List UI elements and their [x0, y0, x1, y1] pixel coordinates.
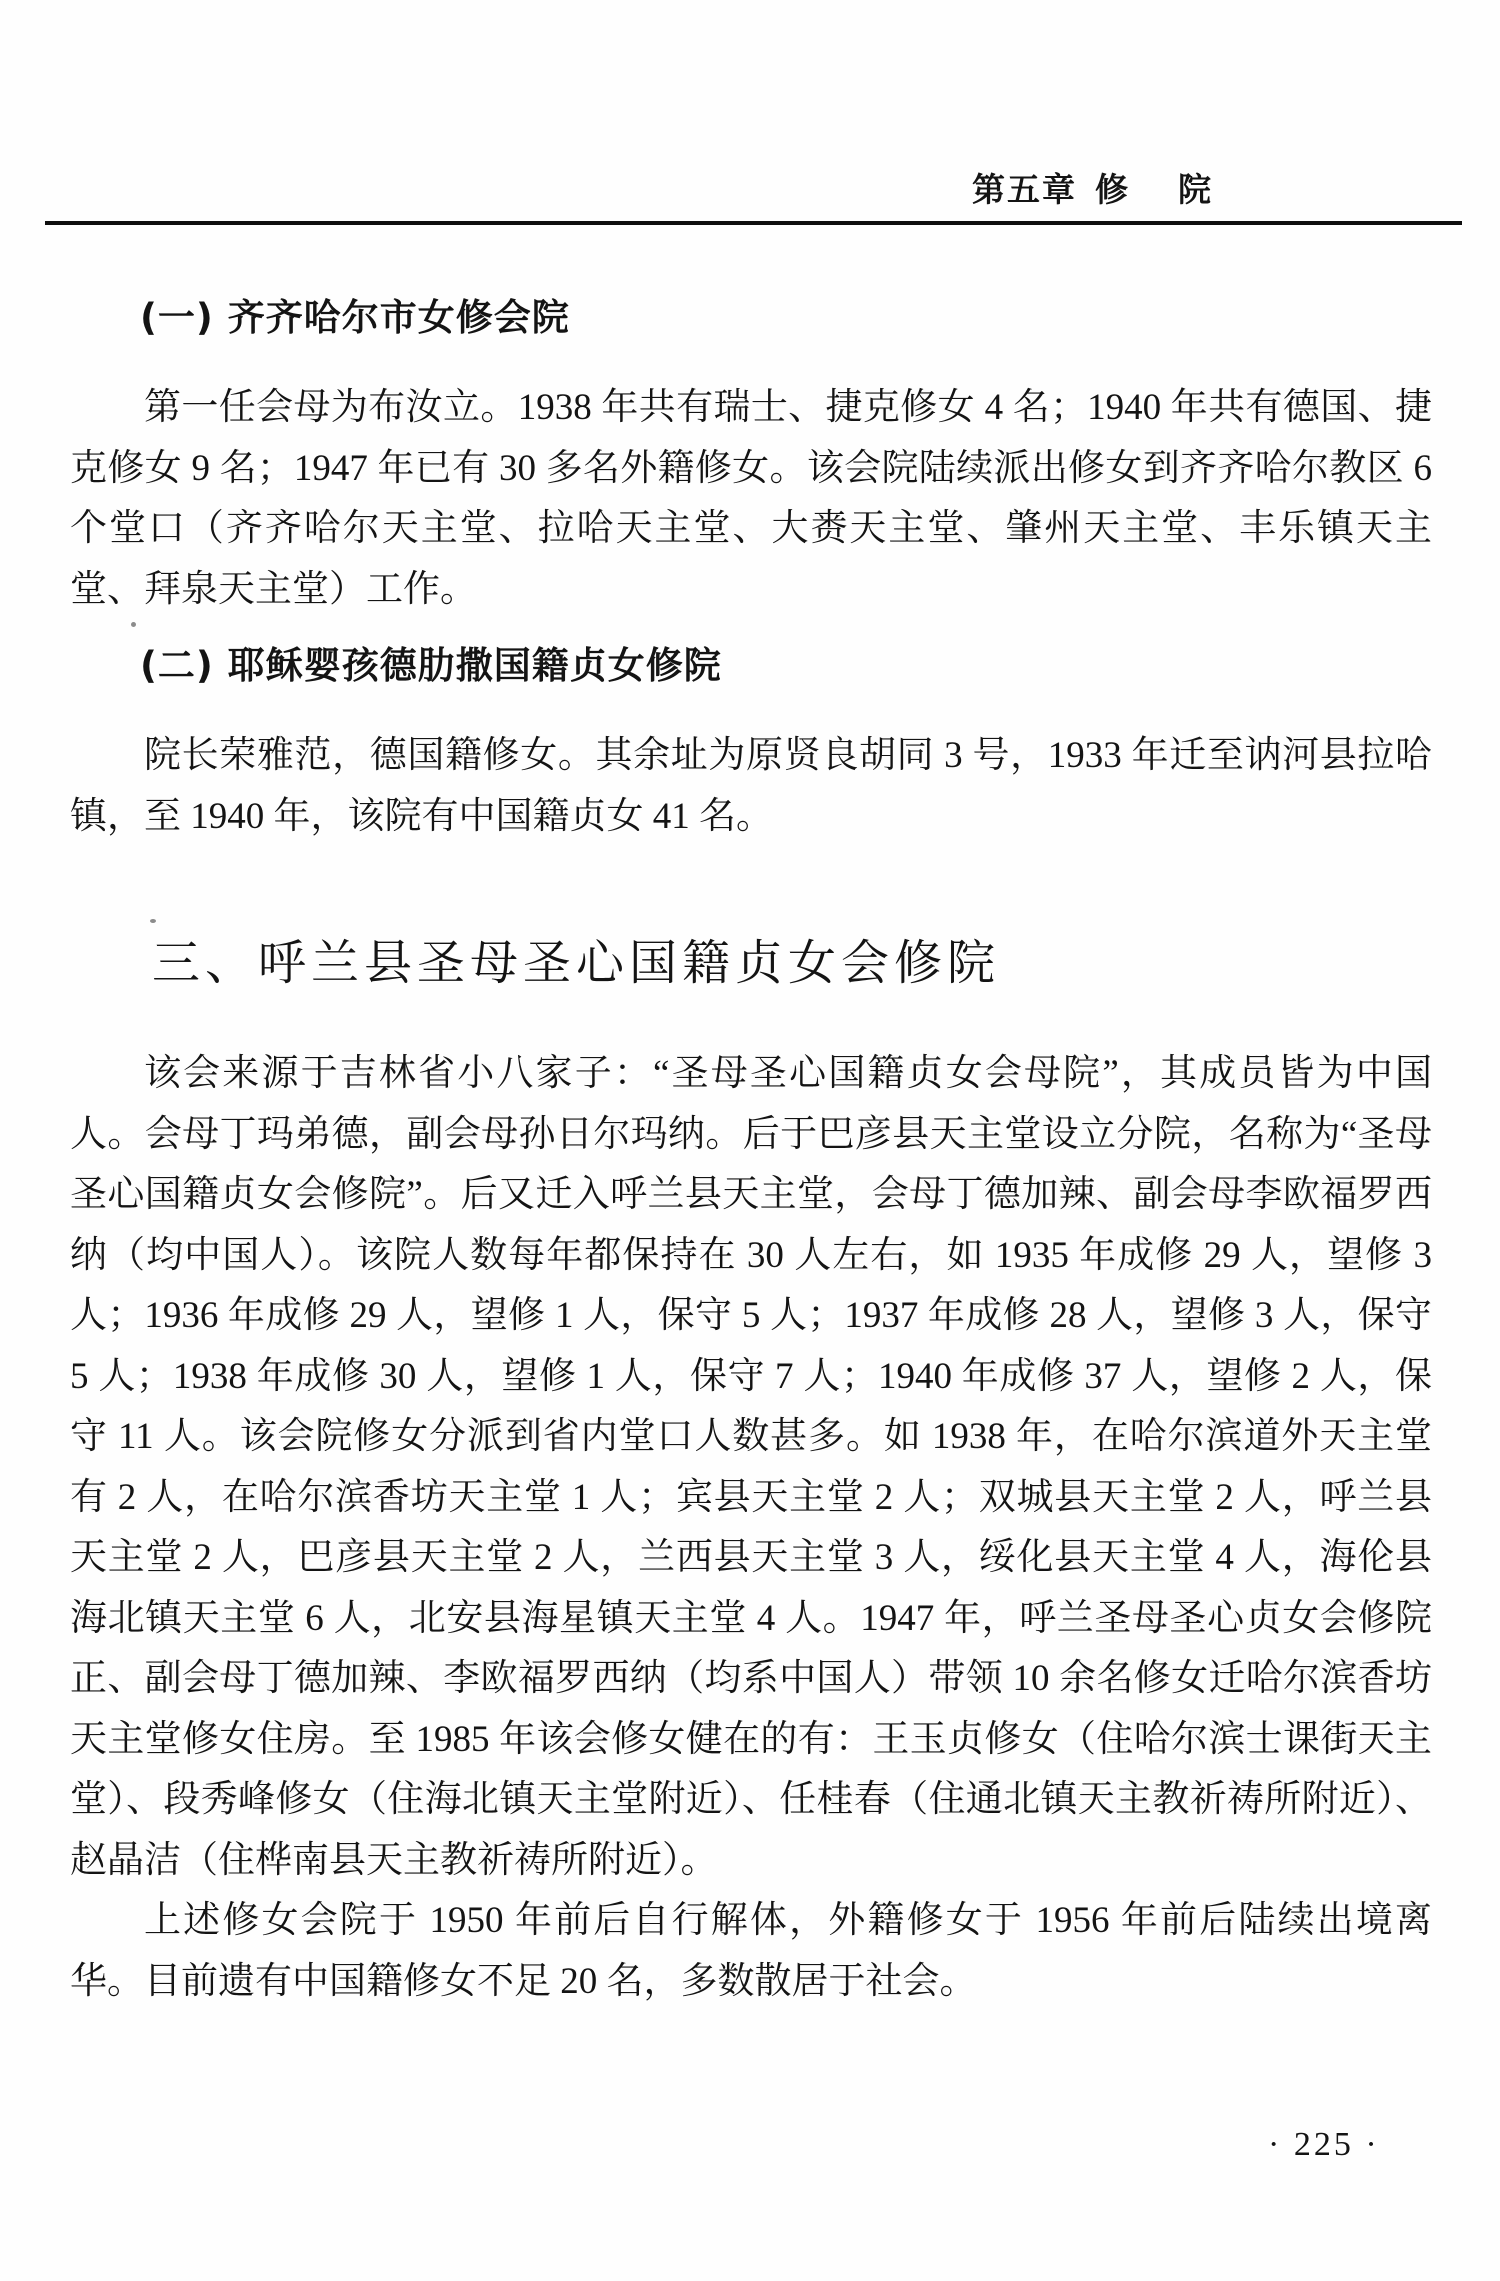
section-1-body: 第一任会母为布汝立。1938 年共有瑞士、捷克修女 4 名；1940 年共有德国… [70, 378, 1432, 620]
book-page: 第五章修院 (一) 齐齐哈尔市女修会院 第一任会母为布汝立。1938 年共有瑞士… [0, 0, 1500, 2281]
section-3-paragraph-2: 上述修女会院于 1950 年前后自行解体，外籍修女于 1956 年前后陆续出境离… [70, 1891, 1432, 2012]
running-head-title-word-1: 修 [1095, 170, 1130, 209]
section-2-body: 院长荣雅范，德国籍修女。其余址为原贤良胡同 3 号，1933 年迁至讷河县拉哈镇… [70, 726, 1432, 847]
section-1-heading: (一) 齐齐哈尔市女修会院 [140, 296, 570, 340]
section-2-heading: (二) 耶稣婴孩德肋撒国籍贞女修院 [140, 644, 722, 688]
section-1-paragraph: 第一任会母为布汝立。1938 年共有瑞士、捷克修女 4 名；1940 年共有德国… [70, 378, 1432, 620]
section-3-paragraph-1: 该会来源于吉林省小八家子：“圣母圣心国籍贞女会母院”，其成员皆为中国人。会母丁玛… [70, 1044, 1432, 1891]
scan-speck [150, 919, 156, 923]
running-head-chapter: 第五章 [972, 170, 1077, 209]
section-3-body: 该会来源于吉林省小八家子：“圣母圣心国籍贞女会母院”，其成员皆为中国人。会母丁玛… [70, 1044, 1432, 2012]
running-head: 第五章修院 [972, 170, 1213, 210]
running-head-title-word-2: 院 [1178, 170, 1213, 209]
section-3-heading: 三、呼兰县圣母圣心国籍贞女会修院 [152, 936, 1000, 992]
scan-speck [131, 622, 136, 627]
section-2-paragraph: 院长荣雅范，德国籍修女。其余址为原贤良胡同 3 号，1933 年迁至讷河县拉哈镇… [70, 726, 1432, 847]
header-rule [45, 221, 1462, 225]
page-number: · 225 · [1268, 2126, 1380, 2164]
